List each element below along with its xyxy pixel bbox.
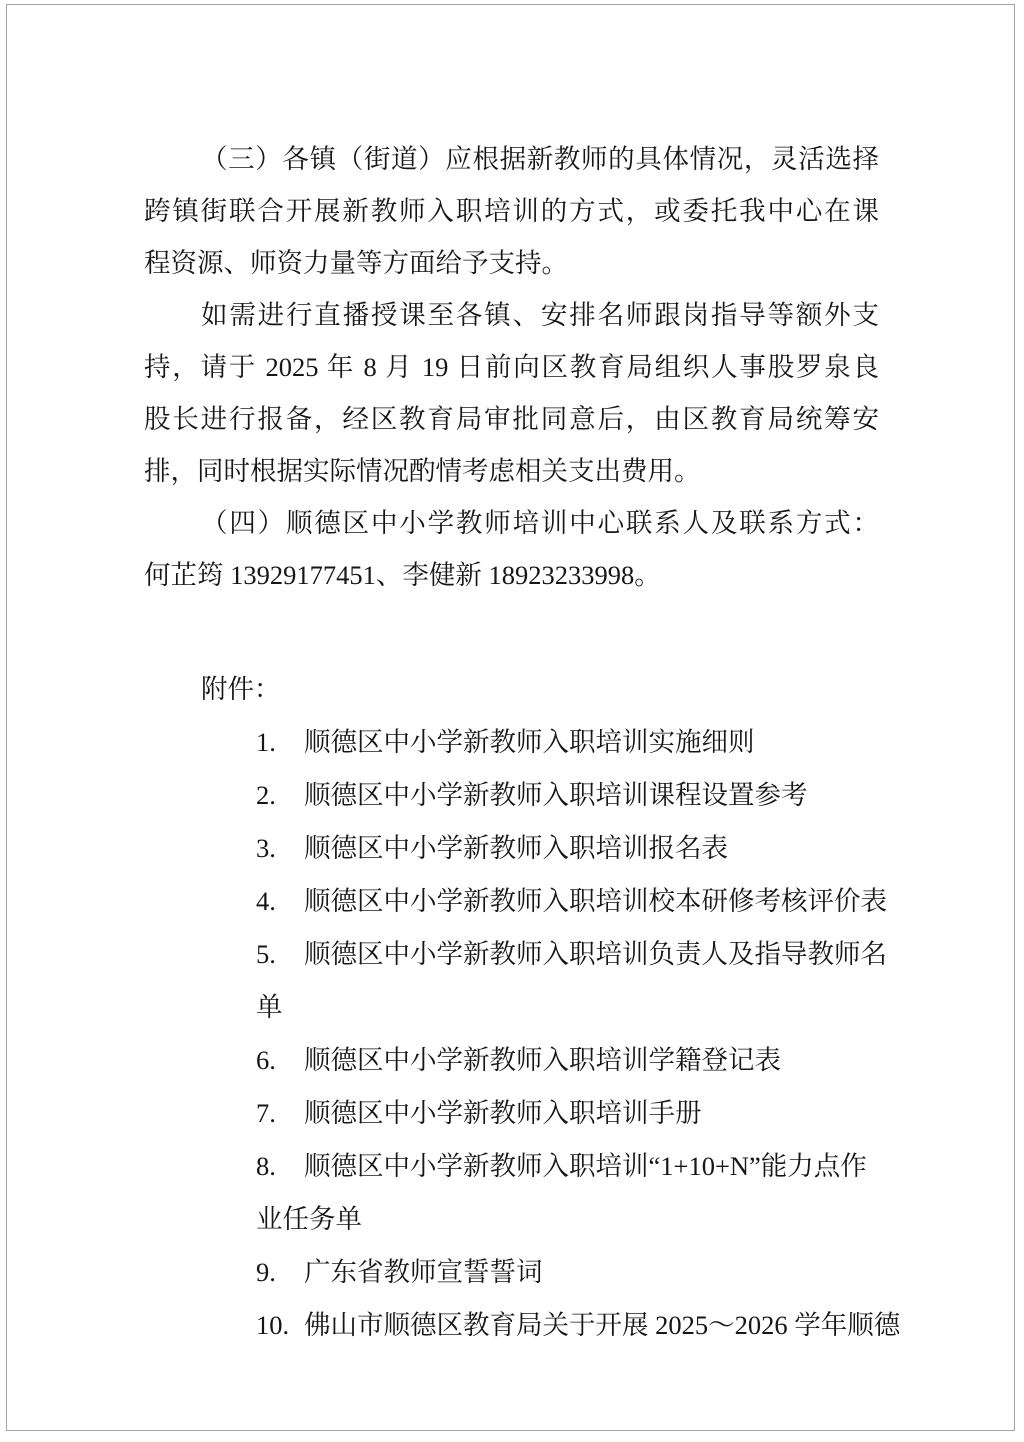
attachment-item: 4.顺德区中小学新教师入职培训校本研修考核评价表 [144, 875, 879, 928]
attachment-item: 1.顺德区中小学新教师入职培训实施细则 [144, 716, 879, 769]
attachment-number: 9. [256, 1246, 304, 1299]
attachment-title: 业任务单 [256, 1204, 362, 1234]
paragraph-line: 跨镇街联合开展新教师入职培训的方式，或委托我中心在课 [144, 185, 879, 237]
paragraph-line: （三）各镇（街道）应根据新教师的具体情况，灵活选择 [144, 133, 879, 185]
attachment-item: 3.顺德区中小学新教师入职培训报名表 [144, 822, 879, 875]
attachment-title: 广东省教师宣誓誓词 [304, 1257, 543, 1287]
attachment-item: 10.佛山市顺德区教育局关于开展 2025～2026 学年顺德 [144, 1299, 879, 1352]
attachment-item-continuation: 业任务单 [144, 1193, 879, 1246]
attachment-number: 10. [256, 1299, 304, 1352]
attachments-section: 附件： 1.顺德区中小学新教师入职培训实施细则 2.顺德区中小学新教师入职培训课… [144, 663, 879, 1352]
paragraph-line: （四）顺德区中小学教师培训中心联系人及联系方式： [144, 497, 879, 549]
attachment-title: 顺德区中小学新教师入职培训校本研修考核评价表 [304, 886, 887, 916]
attachment-title: 顺德区中小学新教师入职培训学籍登记表 [304, 1045, 781, 1075]
paragraph-line: 程资源、师资力量等方面给予支持。 [144, 237, 879, 289]
attachment-number: 5. [256, 928, 304, 981]
attachments-label: 附件： [144, 663, 879, 716]
attachment-number: 3. [256, 822, 304, 875]
attachment-title: 顺德区中小学新教师入职培训课程设置参考 [304, 780, 808, 810]
attachment-number: 8. [256, 1140, 304, 1193]
attachment-title: 顺德区中小学新教师入职培训手册 [304, 1098, 702, 1128]
attachment-title: 佛山市顺德区教育局关于开展 2025～2026 学年顺德 [304, 1310, 900, 1340]
attachment-item-continuation: 单 [144, 981, 879, 1034]
document-body: （三）各镇（街道）应根据新教师的具体情况，灵活选择 跨镇街联合开展新教师入职培训… [144, 133, 879, 601]
attachment-title: 顺德区中小学新教师入职培训报名表 [304, 833, 728, 863]
attachment-number: 1. [256, 716, 304, 769]
paragraph-line: 持，请于 2025 年 8 月 19 日前向区教育局组织人事股罗泉良 [144, 341, 879, 393]
attachment-title: 单 [256, 992, 283, 1022]
attachment-title: 顺德区中小学新教师入职培训负责人及指导教师名 [304, 939, 887, 969]
contact-line: 何芷筠 13929177451、李健新 18923233998。 [144, 549, 879, 601]
paragraph-line: 排，同时根据实际情况酌情考虑相关支出费用。 [144, 445, 879, 497]
document-page: （三）各镇（街道）应根据新教师的具体情况，灵活选择 跨镇街联合开展新教师入职培训… [6, 4, 1015, 1431]
attachment-item: 5.顺德区中小学新教师入职培训负责人及指导教师名 [144, 928, 879, 981]
attachment-number: 6. [256, 1034, 304, 1087]
attachment-title: 顺德区中小学新教师入职培训实施细则 [304, 727, 755, 757]
attachment-item: 9.广东省教师宣誓誓词 [144, 1246, 879, 1299]
attachment-item: 6.顺德区中小学新教师入职培训学籍登记表 [144, 1034, 879, 1087]
paragraph-line: 股长进行报备，经区教育局审批同意后，由区教育局统筹安 [144, 393, 879, 445]
attachment-item: 7.顺德区中小学新教师入职培训手册 [144, 1087, 879, 1140]
attachment-number: 4. [256, 875, 304, 928]
attachment-number: 7. [256, 1087, 304, 1140]
attachment-title: 顺德区中小学新教师入职培训“1+10+N”能力点作 [304, 1151, 867, 1181]
attachment-item: 2.顺德区中小学新教师入职培训课程设置参考 [144, 769, 879, 822]
attachment-item: 8.顺德区中小学新教师入职培训“1+10+N”能力点作 [144, 1140, 879, 1193]
attachment-number: 2. [256, 769, 304, 822]
paragraph-line: 如需进行直播授课至各镇、安排名师跟岗指导等额外支 [144, 289, 879, 341]
